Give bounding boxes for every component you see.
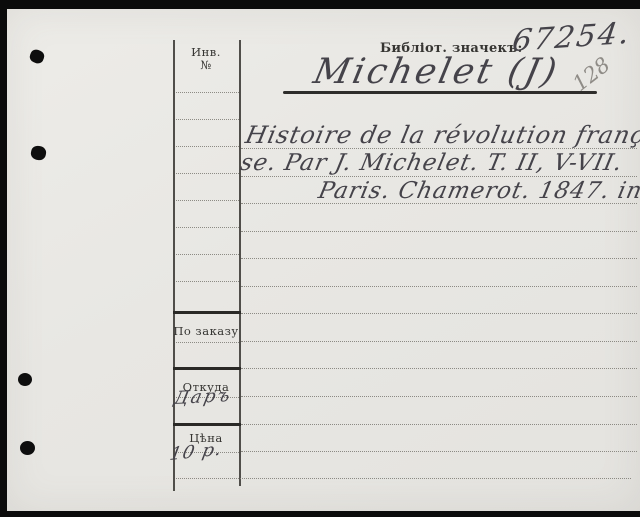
column-rule-right	[239, 40, 241, 486]
writing-line	[241, 258, 637, 259]
scan-border-top	[0, 0, 640, 9]
scan-border-left	[0, 0, 7, 517]
scanned-catalog-card: Инв. № Библіот. значекъ: По заказу Откуд…	[0, 0, 640, 517]
title-line-1: Histoire de la révolution françai-	[243, 121, 640, 149]
writing-line	[241, 451, 637, 452]
section-divider	[173, 367, 241, 370]
punch-hole	[20, 441, 35, 455]
inventory-label: Инв. №	[173, 46, 239, 72]
ruled-line	[176, 146, 239, 147]
title-line-3: Paris. Chamerot. 1847. in 8	[316, 178, 640, 204]
section-divider	[173, 311, 241, 314]
order-label: По заказу	[173, 324, 239, 338]
ruled-line	[176, 254, 239, 255]
ruled-line	[176, 92, 239, 93]
author-heading: Michelet (J)	[310, 52, 563, 92]
writing-line	[241, 341, 637, 342]
inventory-number-sign: №	[173, 59, 239, 72]
section-divider	[173, 423, 241, 426]
ruled-line	[176, 227, 239, 228]
writing-line	[241, 396, 637, 397]
ruled-line	[176, 200, 239, 201]
ruled-line	[176, 173, 239, 174]
origin-value: Даръ	[172, 385, 234, 409]
ruled-line	[176, 119, 239, 120]
writing-line	[176, 478, 631, 479]
writing-line	[241, 368, 637, 369]
writing-line	[241, 286, 637, 287]
ruled-line	[176, 281, 239, 282]
author-underline	[283, 91, 597, 94]
writing-line	[241, 313, 637, 314]
title-line-2: se. Par J. Michelet. T. II, V-VII.	[238, 150, 625, 176]
punch-hole	[18, 373, 32, 386]
ruled-line	[176, 342, 239, 343]
writing-line	[241, 424, 637, 425]
writing-line	[241, 176, 637, 177]
scan-border-bottom	[0, 511, 640, 517]
writing-line	[241, 231, 637, 232]
